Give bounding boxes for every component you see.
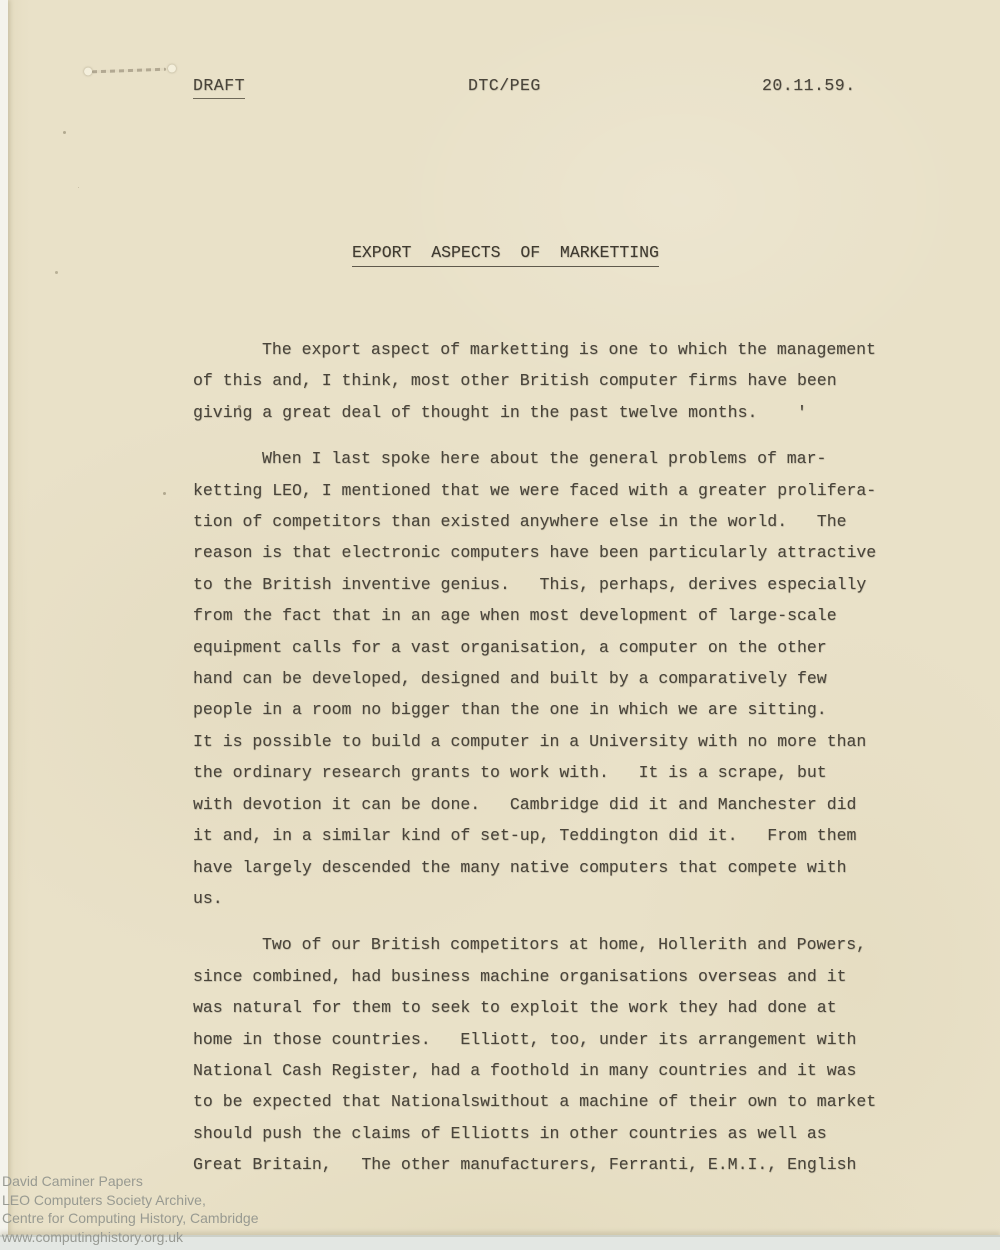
- paragraph-3: Two of our British competitors at home, …: [193, 929, 893, 1180]
- watermark-line: www.computinghistory.org.uk: [2, 1228, 259, 1247]
- paragraph-2: When I last spoke here about the general…: [193, 443, 893, 914]
- page-title: EXPORT ASPECTS OF MARKETTING: [352, 243, 659, 267]
- punch-hole-right: [168, 64, 176, 72]
- reference-code: DTC/PEG: [468, 76, 541, 95]
- paragraph-1: The export aspect of marketting is one t…: [193, 334, 893, 428]
- watermark-line: David Caminer Papers: [2, 1172, 259, 1191]
- draft-label: DRAFT: [193, 76, 245, 99]
- pencil-squiggle: [92, 68, 166, 74]
- archive-watermark: David Caminer Papers LEO Computers Socie…: [2, 1172, 259, 1246]
- scanned-document-page: { "page": { "header": { "draft_label": "…: [0, 0, 1000, 1250]
- pencil-annotation: [84, 62, 176, 77]
- watermark-line: Centre for Computing History, Cambridge: [2, 1209, 259, 1228]
- punch-hole-left: [84, 67, 92, 75]
- paper-specks: [63, 131, 66, 134]
- watermark-line: LEO Computers Society Archive,: [2, 1191, 259, 1210]
- document-date: 20.11.59.: [762, 76, 856, 95]
- document-body: The export aspect of marketting is one t…: [193, 334, 893, 1196]
- scan-edge-left: [0, 0, 8, 1250]
